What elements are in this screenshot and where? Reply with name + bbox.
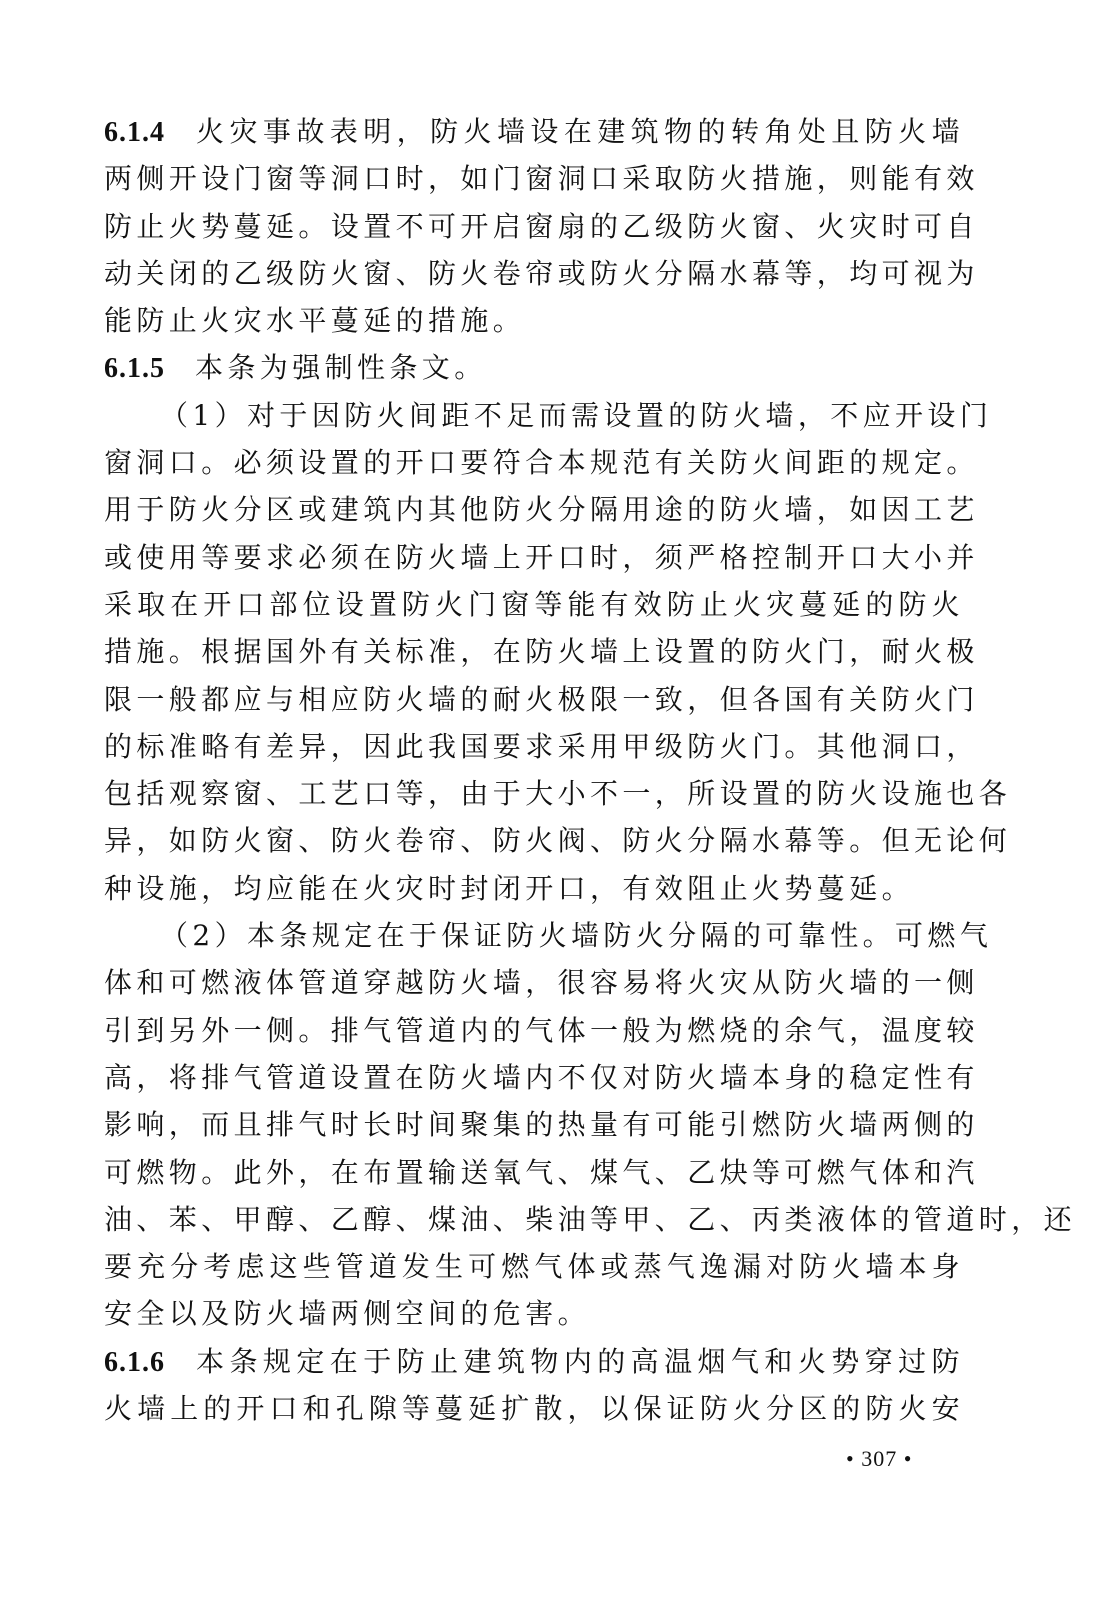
- section-6-1-6-line-1: 6.1.6本条规定在于防止建筑物内的高温烟气和火势穿过防: [104, 1338, 964, 1385]
- page-number: • 307 •: [846, 1446, 912, 1472]
- body-line: 或使用等要求必须在防火墙上开口时，须严格控制开口大小并: [104, 534, 964, 581]
- body-line: 火墙上的开口和孔隙等蔓延扩散，以保证防火分区的防火安: [104, 1385, 964, 1432]
- body-line: 影响，而且排气时长时间聚集的热量有可能引燃防火墙两侧的: [104, 1101, 964, 1148]
- body-line: 采取在开口部位设置防火门窗等能有效防止火灾蔓延的防火: [104, 581, 964, 628]
- body-line: 安全以及防火墙两侧空间的危害。: [104, 1290, 964, 1337]
- body-line: 引到另外一侧。排气管道内的气体一般为燃烧的余气，温度较: [104, 1007, 964, 1054]
- paragraph-2-line: （2）本条规定在于保证防火墙防火分隔的可靠性。可燃气: [104, 912, 964, 959]
- section-number: 6.1.5: [104, 353, 165, 384]
- body-line: 窗洞口。必须设置的开口要符合本规范有关防火间距的规定。: [104, 439, 964, 486]
- body-line: 包括观察窗、工艺口等，由于大小不一，所设置的防火设施也各: [104, 770, 964, 817]
- section-number: 6.1.6: [104, 1347, 165, 1378]
- body-line: 体和可燃液体管道穿越防火墙，很容易将火灾从防火墙的一侧: [104, 959, 964, 1006]
- body-line: 两侧开设门窗等洞口时，如门窗洞口采取防火措施，则能有效: [104, 155, 964, 202]
- body-line: 的标准略有差异，因此我国要求采用甲级防火门。其他洞口，: [104, 723, 964, 770]
- body-line: 防止火势蔓延。设置不可开启窗扇的乙级防火窗、火灾时可自: [104, 203, 964, 250]
- body-line: 用于防火分区或建筑内其他防火分隔用途的防火墙，如因工艺: [104, 486, 964, 533]
- body-line: 动关闭的乙级防火窗、防火卷帘或防火分隔水幕等，均可视为: [104, 250, 964, 297]
- body-line: 高，将排气管道设置在防火墙内不仅对防火墙本身的稳定性有: [104, 1054, 964, 1101]
- section-6-1-4-line-1: 6.1.4火灾事故表明，防火墙设在建筑物的转角处且防火墙: [104, 108, 964, 155]
- body-text: 本条规定在于防止建筑物内的高温烟气和火势穿过防: [195, 1345, 964, 1378]
- body-line: 异，如防火窗、防火卷帘、防火阀、防火分隔水幕等。但无论何: [104, 817, 964, 864]
- body-line: 措施。根据国外有关标准，在防火墙上设置的防火门，耐火极: [104, 628, 964, 675]
- document-page: 6.1.4火灾事故表明，防火墙设在建筑物的转角处且防火墙 两侧开设门窗等洞口时，…: [104, 108, 964, 1432]
- body-text: 本条为强制性条文。: [195, 351, 487, 384]
- paragraph-1-line: （1）对于因防火间距不足而需设置的防火墙，不应开设门: [104, 392, 964, 439]
- section-number: 6.1.4: [104, 117, 165, 148]
- body-line: 限一般都应与相应防火墙的耐火极限一致，但各国有关防火门: [104, 676, 964, 723]
- body-line: 可燃物。此外，在布置输送氧气、煤气、乙炔等可燃气体和汽: [104, 1149, 964, 1196]
- body-line: 要充分考虑这些管道发生可燃气体或蒸气逸漏对防火墙本身: [104, 1243, 964, 1290]
- body-line: 油、苯、甲醇、乙醇、煤油、柴油等甲、乙、丙类液体的管道时，还: [104, 1196, 964, 1243]
- body-text: 火灾事故表明，防火墙设在建筑物的转角处且防火墙: [195, 115, 964, 148]
- body-line: 能防止火灾水平蔓延的措施。: [104, 297, 964, 344]
- body-line: 种设施，均应能在火灾时封闭开口，有效阻止火势蔓延。: [104, 865, 964, 912]
- section-6-1-5-line-1: 6.1.5本条为强制性条文。: [104, 344, 964, 391]
